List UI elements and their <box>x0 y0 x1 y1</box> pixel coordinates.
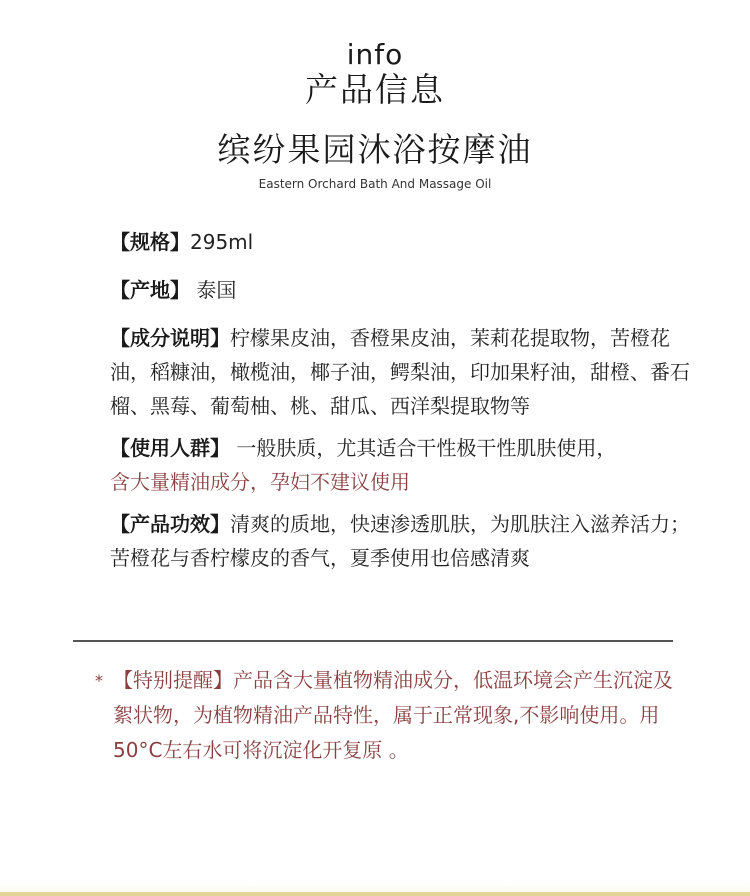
spec-ingredients-label: 【成分说明】 <box>110 326 230 350</box>
bottom-fade <box>0 880 750 892</box>
asterisk-icon: * <box>95 663 103 698</box>
spec-origin: 【产地】 泰国 <box>110 273 700 307</box>
section-title-en: info <box>0 40 750 70</box>
product-name-en: Eastern Orchard Bath And Massage Oil <box>0 176 750 192</box>
product-name-cn: 缤纷果园沐浴按摩油 <box>0 130 750 170</box>
notice-body: 【特别提醒】产品含大量植物精油成分，低温环境会产生沉淀及絮状物，为植物精油产品特… <box>95 663 685 768</box>
spec-origin-value: 泰国 <box>196 278 236 302</box>
bottom-accent-strip <box>0 892 750 896</box>
spec-size: 【规格】295ml <box>110 225 700 259</box>
spec-audience: 【使用人群】 一般肤质，尤其适合干性极干性肌肤使用， 含大量精油成分，孕妇不建议… <box>110 431 700 499</box>
spec-audience-label: 【使用人群】 <box>110 436 230 460</box>
spec-audience-warning: 含大量精油成分，孕妇不建议使用 <box>110 470 410 494</box>
spec-ingredients: 【成分说明】柠檬果皮油，香橙果皮油，茉莉花提取物，苦橙花油，稻糠油，橄榄油，椰子… <box>110 321 700 423</box>
spec-origin-label: 【产地】 <box>110 278 190 302</box>
special-notice: * 【特别提醒】产品含大量植物精油成分，低温环境会产生沉淀及絮状物，为植物精油产… <box>95 663 685 768</box>
page-header: info 产品信息 缤纷果园沐浴按摩油 Eastern Orchard Bath… <box>0 40 750 192</box>
section-title-cn: 产品信息 <box>0 70 750 110</box>
spec-size-label: 【规格】 <box>110 230 190 254</box>
section-divider <box>73 640 673 642</box>
spec-efficacy-label: 【产品功效】 <box>110 512 230 536</box>
notice-label: 【特别提醒】 <box>113 668 233 692</box>
spec-size-value: 295ml <box>190 230 253 254</box>
spec-efficacy: 【产品功效】清爽的质地，快速渗透肌肤，为肌肤注入滋养活力；苦橙花与香柠檬皮的香气… <box>110 507 700 575</box>
product-specs: 【规格】295ml 【产地】 泰国 【成分说明】柠檬果皮油，香橙果皮油，茉莉花提… <box>110 225 700 589</box>
spec-audience-value: 一般肤质，尤其适合干性极干性肌肤使用， <box>236 436 616 460</box>
